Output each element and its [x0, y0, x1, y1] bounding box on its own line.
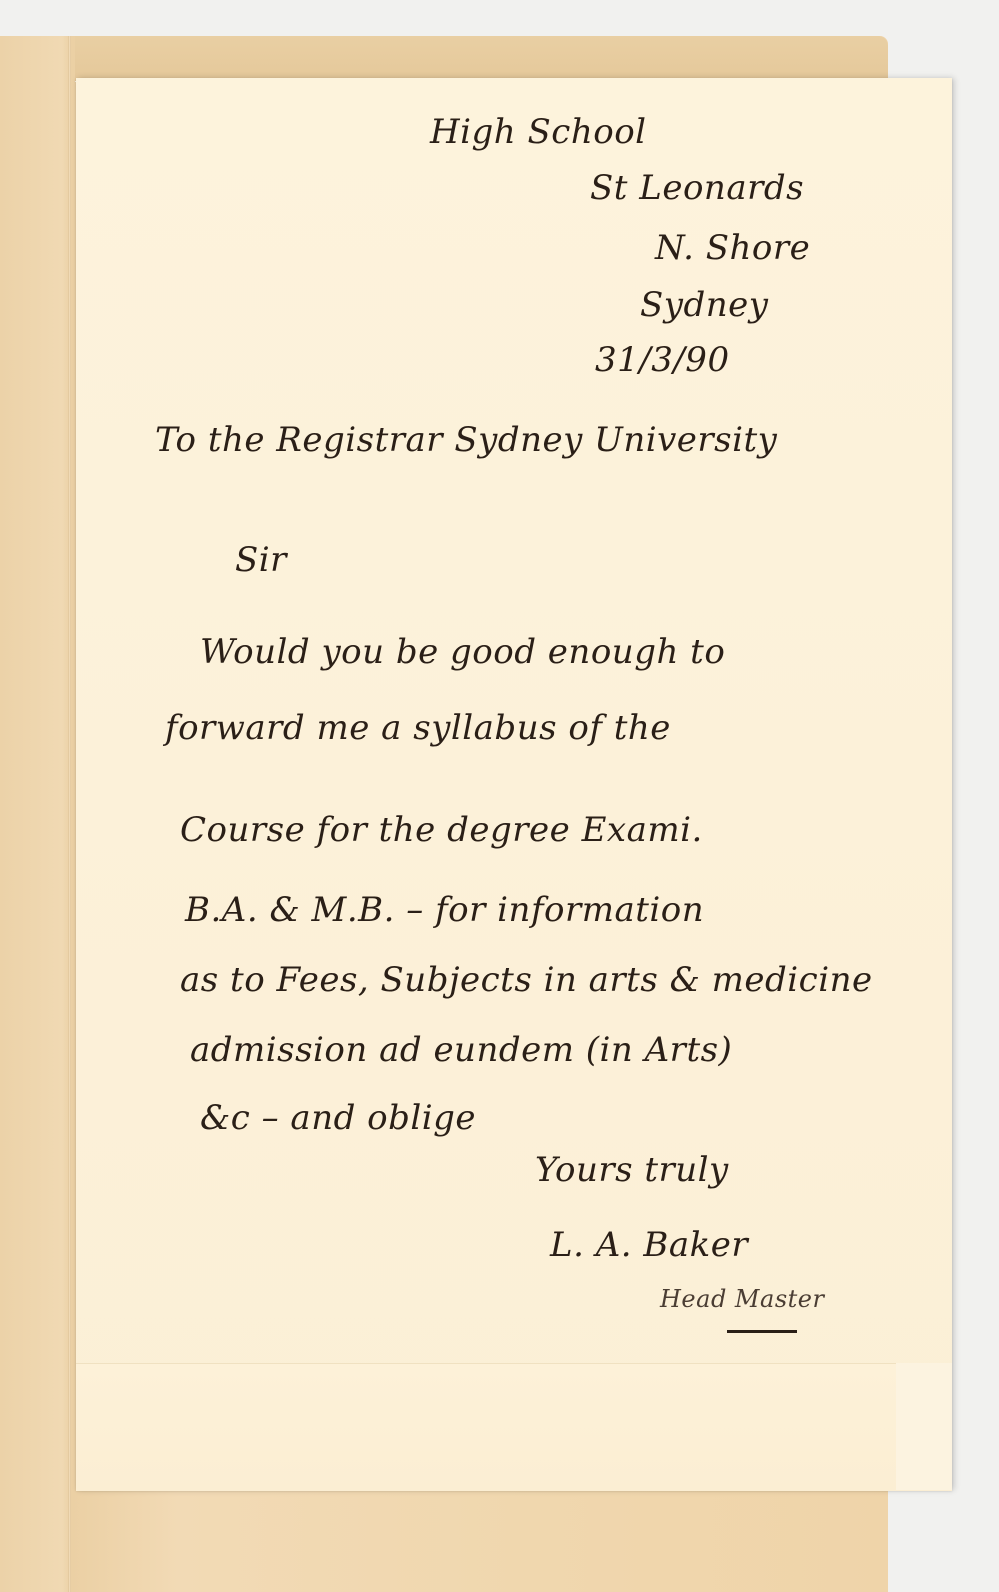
signature-title: Head Master [660, 1285, 824, 1313]
folder-crease [68, 36, 71, 1592]
letter-fold-corner [896, 1363, 952, 1490]
body-line-6: admission ad eundem (in Arts) [190, 1030, 732, 1070]
letter-sheet [76, 78, 952, 1490]
closing: Yours truly [535, 1150, 729, 1190]
address-line-3: N. Shore [655, 228, 810, 268]
address-line-4: Sydney [640, 285, 769, 325]
folder-backing-top-edge [75, 36, 888, 82]
greeting: Sir [235, 540, 287, 580]
body-line-7: &c – and oblige [200, 1098, 476, 1138]
signature: L. A. Baker [550, 1225, 748, 1265]
signature-underline [727, 1330, 797, 1333]
body-line-3: Course for the degree Exami. [180, 810, 703, 850]
recipient-line: To the Registrar Sydney University [155, 420, 777, 460]
body-line-4: B.A. & M.B. – for information [185, 890, 704, 930]
body-line-5: as to Fees, Subjects in arts & medicine [180, 960, 873, 1000]
address-line-2: St Leonards [590, 168, 804, 208]
letter-bottom-fold [76, 1363, 952, 1491]
body-line-1: Would you be good enough to [200, 632, 725, 672]
body-line-2: forward me a syllabus of the [165, 708, 671, 748]
letter-date: 31/3/90 [595, 340, 730, 380]
address-line-1: High School [430, 112, 647, 152]
